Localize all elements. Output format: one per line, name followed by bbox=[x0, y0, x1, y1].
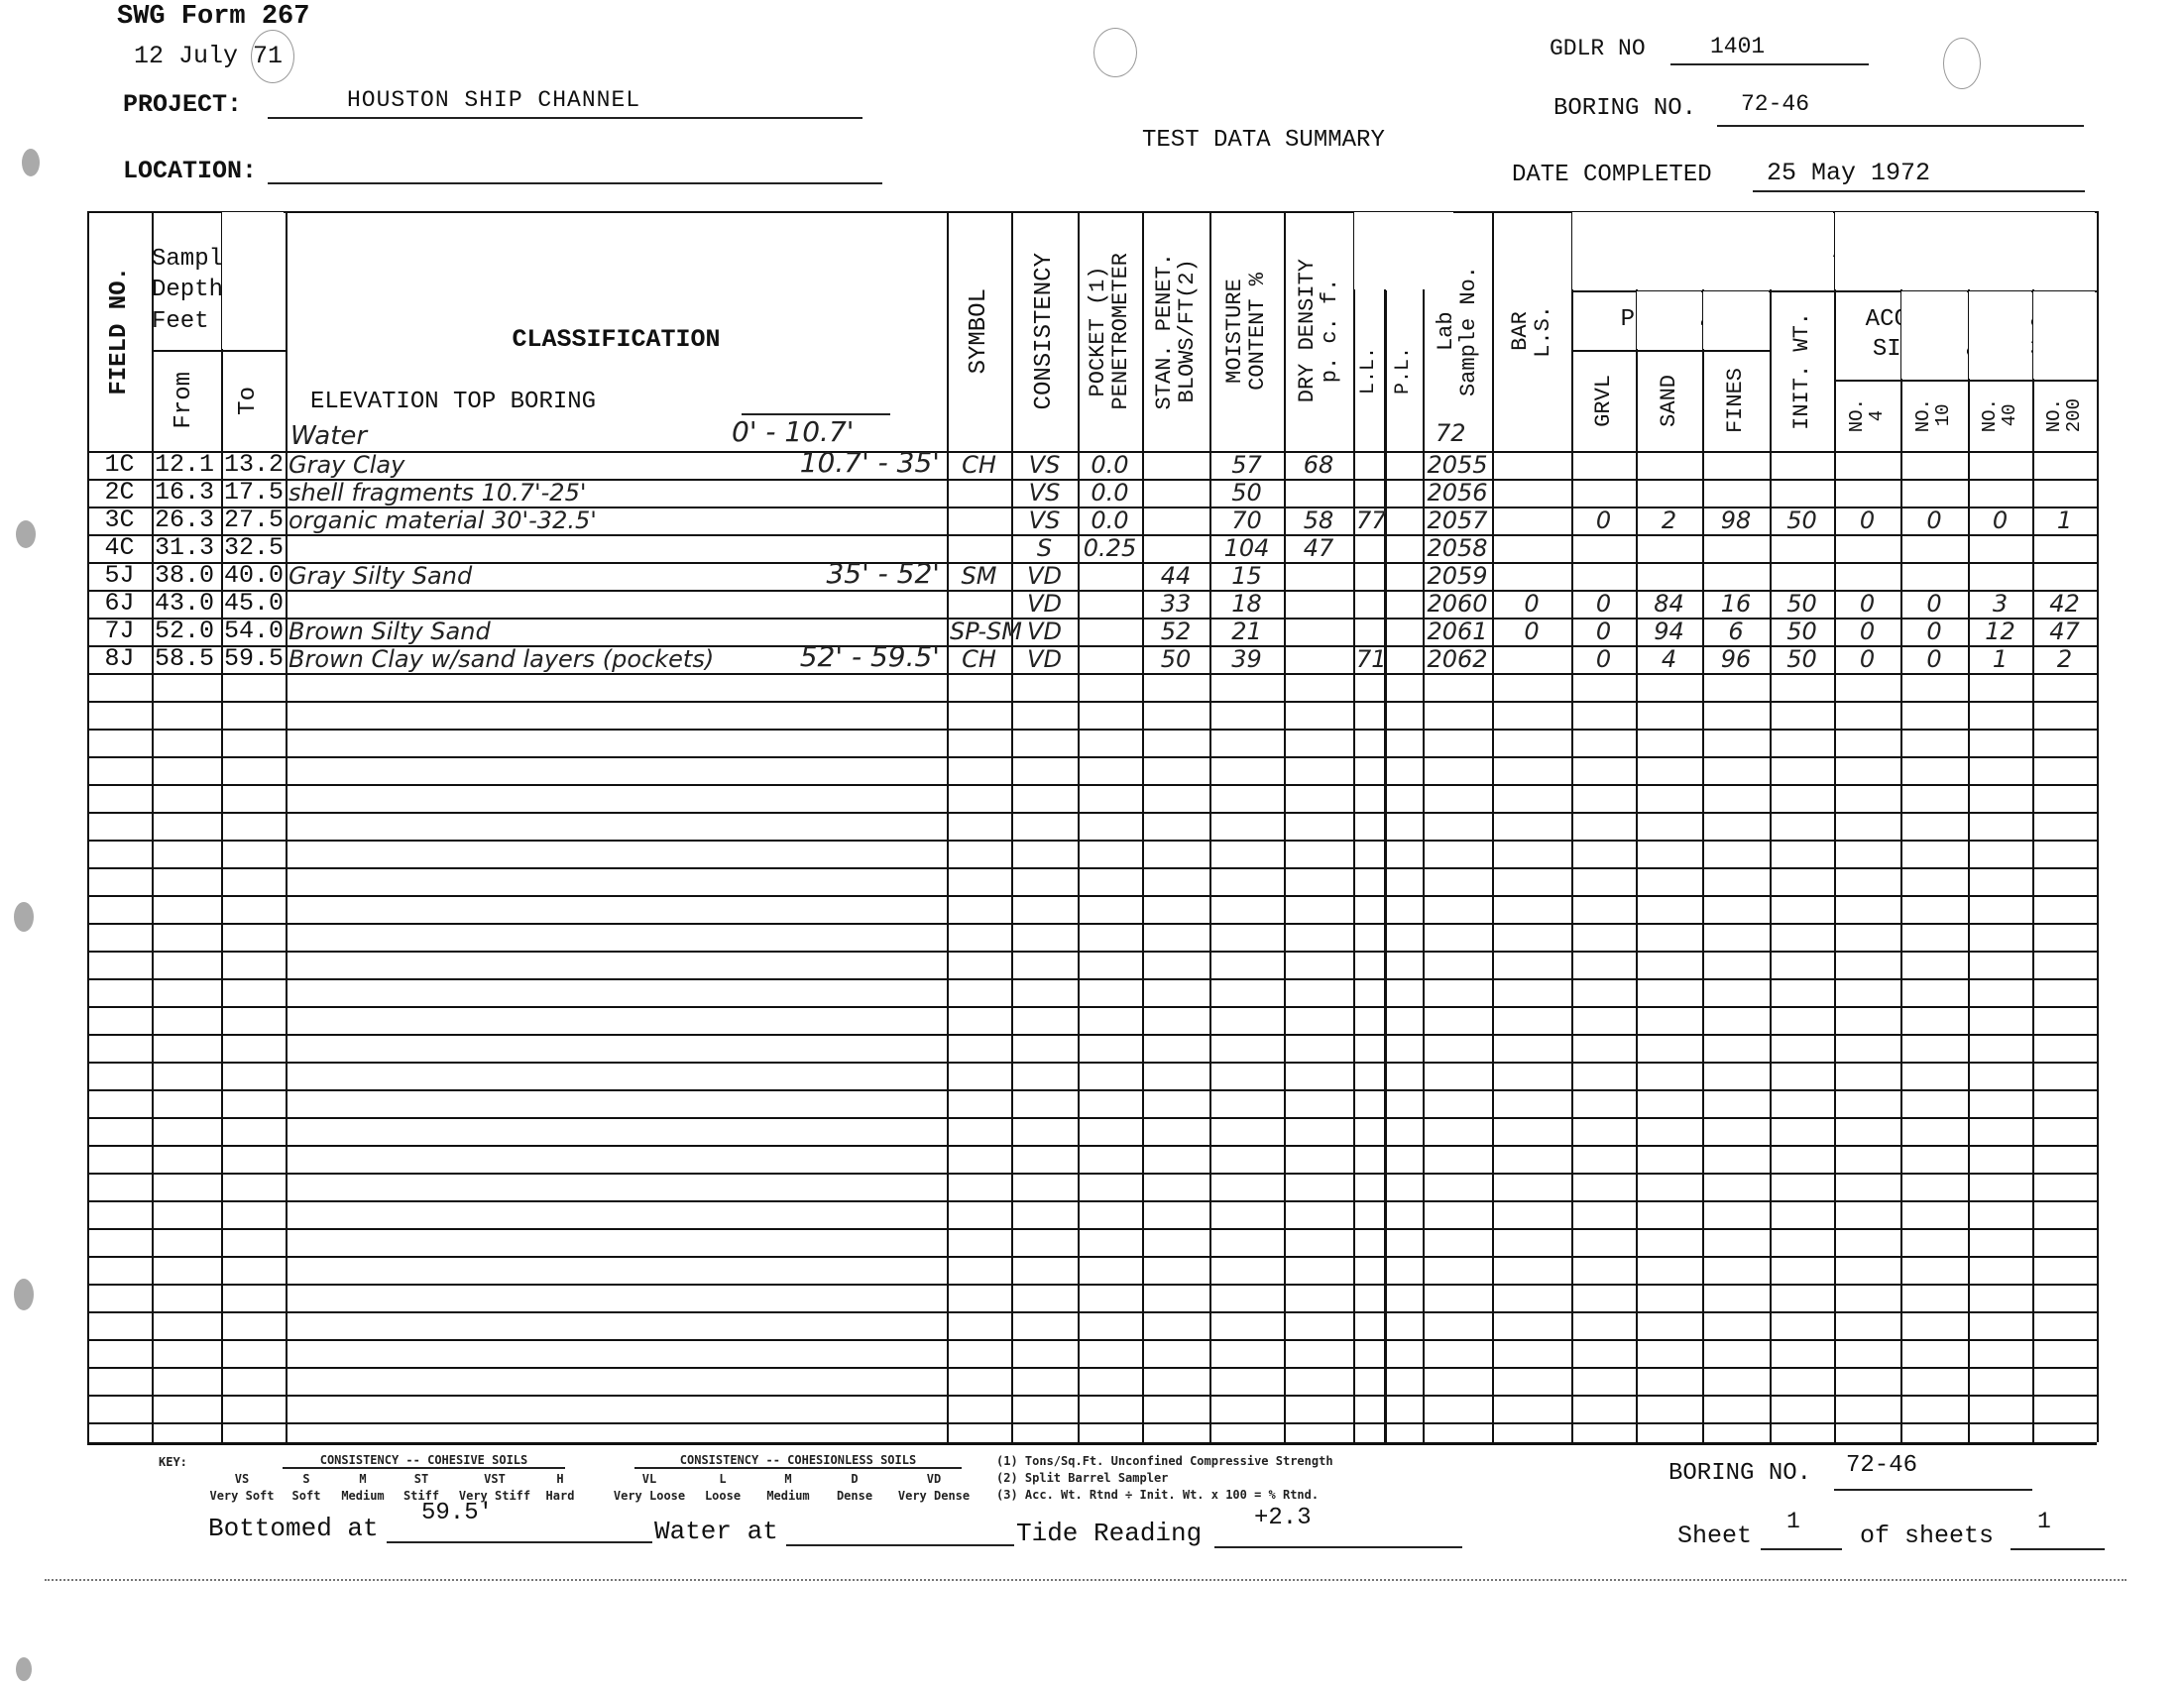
cell-classification[interactable]: organic material 30'-32.5' bbox=[288, 507, 944, 534]
cell-fines[interactable]: 98 bbox=[1705, 507, 1767, 534]
cell-ll[interactable]: 77 bbox=[1356, 507, 1381, 534]
cell-field[interactable]: 5J bbox=[90, 562, 149, 590]
cell-symbol[interactable] bbox=[950, 479, 1008, 507]
cell-no200[interactable]: 42 bbox=[2035, 590, 2094, 618]
bottomed-at-label: Bottomed at bbox=[208, 1514, 379, 1543]
cell-from[interactable]: 58.5 bbox=[155, 645, 218, 673]
cell-dry-density[interactable] bbox=[1287, 618, 1350, 645]
grid-line bbox=[222, 212, 284, 349]
key-name: Medium bbox=[332, 1488, 394, 1505]
cell-pl[interactable] bbox=[1387, 507, 1420, 534]
grid-line bbox=[1637, 291, 1701, 349]
grid-line bbox=[1703, 291, 1769, 349]
cell-dry-density[interactable]: 47 bbox=[1287, 534, 1350, 562]
cell-lab[interactable]: 2057 bbox=[1426, 507, 1489, 534]
footer-boring-value[interactable]: 72-46 bbox=[1846, 1452, 1917, 1479]
cell-moisture[interactable]: 21 bbox=[1212, 618, 1281, 645]
water-range-note: 0' - 10.7' bbox=[732, 415, 854, 448]
cell-lab[interactable]: 2058 bbox=[1426, 534, 1489, 562]
cell-no40[interactable] bbox=[1971, 534, 2029, 562]
cell-symbol[interactable]: SM bbox=[950, 562, 1008, 590]
gdlr-underline bbox=[1670, 63, 1869, 65]
cell-to[interactable]: 17.5 bbox=[224, 479, 283, 507]
grid-line bbox=[87, 701, 2097, 703]
cell-to[interactable]: 40.0 bbox=[224, 562, 283, 590]
key-abbr: M bbox=[332, 1471, 394, 1488]
key-abbr: M bbox=[753, 1471, 823, 1488]
key-entry: DDense bbox=[823, 1471, 886, 1505]
project-label: PROJECT: bbox=[123, 90, 242, 119]
water-at-label: Water at bbox=[654, 1517, 778, 1546]
header-no4: NO. 4 bbox=[1834, 380, 1900, 451]
cell-symbol[interactable]: CH bbox=[950, 451, 1008, 479]
cell-sand[interactable]: 2 bbox=[1639, 507, 1699, 534]
cell-stan[interactable] bbox=[1145, 479, 1207, 507]
of-sheets-label: of sheets bbox=[1860, 1522, 1994, 1550]
cell-init-wt[interactable] bbox=[1773, 479, 1831, 507]
header-to: To bbox=[216, 350, 281, 451]
water-at-underline bbox=[786, 1544, 1014, 1546]
tide-reading-value[interactable]: +2.3 bbox=[1254, 1505, 1312, 1531]
cell-init-wt[interactable] bbox=[1773, 562, 1831, 590]
cell-symbol[interactable]: SP-SM bbox=[950, 618, 1008, 645]
key-cohesionless-list: VLVery LooseLLooseMMediumDDenseVDVery De… bbox=[607, 1471, 981, 1505]
cell-pocket[interactable] bbox=[1081, 645, 1139, 673]
cell-sand[interactable]: 94 bbox=[1639, 618, 1699, 645]
cell-no200[interactable] bbox=[2035, 534, 2094, 562]
cell-sand[interactable] bbox=[1639, 534, 1699, 562]
footer-boring-underline bbox=[1834, 1489, 2032, 1491]
cell-ll[interactable] bbox=[1356, 451, 1381, 479]
cell-init-wt[interactable] bbox=[1773, 534, 1831, 562]
cell-stan[interactable]: 44 bbox=[1145, 562, 1207, 590]
key-abbr: VL bbox=[607, 1471, 692, 1488]
key-name: Very Loose bbox=[607, 1488, 692, 1505]
grid-line bbox=[87, 1062, 2097, 1064]
cell-sand[interactable]: 84 bbox=[1639, 590, 1699, 618]
cell-stan[interactable]: 50 bbox=[1145, 645, 1207, 673]
cell-pocket[interactable] bbox=[1081, 562, 1139, 590]
key-name: Hard bbox=[540, 1488, 580, 1505]
cell-fines[interactable]: 6 bbox=[1705, 618, 1767, 645]
location-label: LOCATION: bbox=[123, 157, 257, 185]
grid-line bbox=[1969, 291, 2031, 379]
key-name: Loose bbox=[692, 1488, 753, 1505]
cell-to[interactable]: 27.5 bbox=[224, 507, 283, 534]
footer-boring-label: BORING NO. bbox=[1668, 1460, 1811, 1487]
cell-stan[interactable] bbox=[1145, 451, 1207, 479]
cell-no4[interactable] bbox=[1837, 562, 1897, 590]
cell-fines[interactable]: 96 bbox=[1705, 645, 1767, 673]
header-no40: NO. 40 bbox=[1968, 380, 2032, 451]
key-name: Medium bbox=[753, 1488, 823, 1505]
grid-line bbox=[87, 978, 2097, 980]
grid-line bbox=[87, 1006, 2097, 1008]
boring-underline bbox=[1717, 125, 2084, 127]
cell-no200[interactable] bbox=[2035, 562, 2094, 590]
cell-no10[interactable] bbox=[1903, 451, 1965, 479]
cell-dry-density[interactable] bbox=[1287, 479, 1350, 507]
cell-symbol[interactable]: CH bbox=[950, 645, 1008, 673]
cell-no200[interactable]: 2 bbox=[2035, 645, 2094, 673]
cell-no4[interactable]: 0 bbox=[1837, 645, 1897, 673]
grid-line bbox=[87, 1228, 2097, 1230]
cell-fines[interactable] bbox=[1705, 451, 1767, 479]
cell-grvl[interactable] bbox=[1574, 534, 1633, 562]
cell-moisture[interactable]: 104 bbox=[1212, 534, 1281, 562]
key-entry: LLoose bbox=[692, 1471, 753, 1505]
cell-moisture[interactable]: 18 bbox=[1212, 590, 1281, 618]
header-pl: P.L. bbox=[1384, 290, 1423, 451]
cell-consistency[interactable]: VD bbox=[1014, 590, 1075, 618]
cell-bar-ls[interactable] bbox=[1495, 451, 1568, 479]
cell-depth-range: 35' - 52' bbox=[642, 560, 940, 588]
cell-lab[interactable]: 2062 bbox=[1426, 645, 1489, 673]
sheet-underline bbox=[1761, 1548, 1842, 1550]
cell-grvl[interactable] bbox=[1574, 479, 1633, 507]
cell-moisture[interactable]: 57 bbox=[1212, 451, 1281, 479]
cell-no10[interactable]: 0 bbox=[1903, 507, 1965, 534]
cell-symbol[interactable] bbox=[950, 534, 1008, 562]
cell-sand[interactable]: 4 bbox=[1639, 645, 1699, 673]
cell-no200[interactable]: 47 bbox=[2035, 618, 2094, 645]
cell-pl[interactable] bbox=[1387, 645, 1420, 673]
boring-value[interactable]: 72-46 bbox=[1741, 91, 1809, 117]
cell-bar-ls[interactable] bbox=[1495, 479, 1568, 507]
cell-lab[interactable]: 2061 bbox=[1426, 618, 1489, 645]
key-entry: VDVery Dense bbox=[886, 1471, 981, 1505]
cell-no40[interactable] bbox=[1971, 479, 2029, 507]
form-id: SWG Form 267 bbox=[117, 2, 309, 32]
grid-line bbox=[87, 867, 2097, 869]
cell-fines[interactable] bbox=[1705, 479, 1767, 507]
grid-line bbox=[87, 812, 2097, 814]
cell-field[interactable]: 3C bbox=[90, 507, 149, 534]
key-label: KEY: bbox=[159, 1455, 187, 1469]
scan-mark bbox=[22, 149, 40, 176]
scan-mark bbox=[14, 1279, 34, 1310]
cell-moisture[interactable]: 50 bbox=[1212, 479, 1281, 507]
cell-no200[interactable]: 1 bbox=[2035, 507, 2094, 534]
key-name: Very Soft bbox=[203, 1488, 281, 1505]
cell-no40[interactable]: 3 bbox=[1971, 590, 2029, 618]
cell-from[interactable]: 52.0 bbox=[155, 618, 218, 645]
key-cohesionless-title: CONSISTENCY -- COHESIONLESS SOILS bbox=[634, 1453, 962, 1469]
grid-line bbox=[87, 1442, 2097, 1445]
punch-hole-mark bbox=[1093, 28, 1137, 77]
cell-depth-range: 52' - 59.5' bbox=[642, 643, 940, 671]
cell-grvl[interactable]: 0 bbox=[1574, 618, 1633, 645]
cell-init-wt[interactable]: 50 bbox=[1773, 645, 1831, 673]
cell-pl[interactable] bbox=[1387, 562, 1420, 590]
cell-dry-density[interactable] bbox=[1287, 590, 1350, 618]
key-note-3: (3) Acc. Wt. Rtnd ÷ Init. Wt. x 100 = % … bbox=[996, 1487, 1333, 1504]
header-from: From bbox=[152, 350, 216, 451]
header-field-no: FIELD NO. bbox=[87, 211, 152, 451]
cell-fines[interactable] bbox=[1705, 562, 1767, 590]
cell-no10[interactable]: 0 bbox=[1903, 645, 1965, 673]
cell-ll[interactable]: 71 bbox=[1356, 645, 1381, 673]
header-sand: SAND bbox=[1636, 350, 1702, 451]
grid-line bbox=[2033, 291, 2095, 379]
grid-line bbox=[87, 1173, 2097, 1175]
cell-consistency[interactable]: VD bbox=[1014, 562, 1075, 590]
sheet-label: Sheet bbox=[1677, 1522, 1752, 1550]
grid-line bbox=[87, 1284, 2097, 1286]
grid-line bbox=[87, 1089, 2097, 1091]
tide-reading-underline bbox=[1214, 1546, 1462, 1548]
cell-pocket[interactable]: 0.0 bbox=[1081, 507, 1139, 534]
cell-no40[interactable]: 1 bbox=[1971, 645, 2029, 673]
cell-to[interactable]: 45.0 bbox=[224, 590, 283, 618]
cell-classification[interactable] bbox=[288, 590, 944, 618]
cell-grvl[interactable] bbox=[1574, 562, 1633, 590]
key-cohesive-list: VSVery SoftSSoftMMediumSTStiffVSTVery St… bbox=[203, 1471, 580, 1505]
cell-stan[interactable] bbox=[1145, 534, 1207, 562]
grid-line bbox=[1835, 212, 2095, 289]
header-ll: L.L. bbox=[1353, 290, 1384, 451]
header-moisture-content: MOISTURE CONTENT % bbox=[1209, 211, 1284, 451]
header-stan-penet: STAN. PENET. BLOWS/FT(2) bbox=[1142, 211, 1209, 451]
cell-init-wt[interactable]: 50 bbox=[1773, 507, 1831, 534]
grid-line bbox=[2097, 211, 2099, 1442]
grid-line bbox=[87, 1200, 2097, 1202]
cell-field[interactable]: 1C bbox=[90, 451, 149, 479]
grid-line bbox=[87, 923, 2097, 925]
cell-ll[interactable] bbox=[1356, 590, 1381, 618]
cell-no40[interactable] bbox=[1971, 451, 2029, 479]
header-elevation-top-boring: ELEVATION TOP BORING bbox=[310, 388, 687, 417]
cell-pl[interactable] bbox=[1387, 590, 1420, 618]
cell-pocket[interactable]: 0.0 bbox=[1081, 451, 1139, 479]
cell-no10[interactable]: 0 bbox=[1903, 618, 1965, 645]
cell-fines[interactable]: 16 bbox=[1705, 590, 1767, 618]
cell-no10[interactable] bbox=[1903, 534, 1965, 562]
cell-grvl[interactable] bbox=[1574, 451, 1633, 479]
key-abbr: S bbox=[281, 1471, 332, 1488]
test-data-table: FIELD NO. Sample Depth, Feet From To CLA… bbox=[87, 211, 2097, 1442]
key-abbr: H bbox=[540, 1471, 580, 1488]
cell-grvl[interactable]: 0 bbox=[1574, 507, 1633, 534]
cell-no40[interactable] bbox=[1971, 562, 2029, 590]
grid-line bbox=[1354, 212, 1453, 289]
cell-sand[interactable] bbox=[1639, 479, 1699, 507]
cell-from[interactable]: 43.0 bbox=[155, 590, 218, 618]
cell-init-wt[interactable]: 50 bbox=[1773, 618, 1831, 645]
cell-ll[interactable] bbox=[1356, 479, 1381, 507]
header-no10: NO. 10 bbox=[1900, 380, 1968, 451]
grid-line bbox=[87, 1256, 2097, 1258]
cell-no4[interactable] bbox=[1837, 479, 1897, 507]
gdlr-value[interactable]: 1401 bbox=[1710, 34, 1765, 59]
header-init-wt: INIT. WT. bbox=[1770, 290, 1834, 451]
key-abbr: VS bbox=[203, 1471, 281, 1488]
cell-no4[interactable]: 0 bbox=[1837, 590, 1897, 618]
sheet-value[interactable]: 1 bbox=[1786, 1509, 1800, 1534]
scan-mark bbox=[16, 1657, 32, 1681]
header-fines: FINES bbox=[1702, 350, 1770, 451]
cell-init-wt[interactable]: 50 bbox=[1773, 590, 1831, 618]
cell-no200[interactable] bbox=[2035, 479, 2094, 507]
header-pocket-penetrometer: POCKET (1) PENETROMETER bbox=[1078, 211, 1142, 451]
location-underline bbox=[268, 182, 882, 184]
bottomed-at-value[interactable]: 59.5' bbox=[421, 1500, 493, 1526]
cell-sand[interactable] bbox=[1639, 562, 1699, 590]
cell-dry-density[interactable] bbox=[1287, 562, 1350, 590]
header-grvl: GRVL bbox=[1571, 350, 1636, 451]
cell-from[interactable]: 38.0 bbox=[155, 562, 218, 590]
cell-no10[interactable]: 0 bbox=[1903, 590, 1965, 618]
cell-sand[interactable] bbox=[1639, 451, 1699, 479]
cell-to[interactable]: 59.5 bbox=[224, 645, 283, 673]
cell-from[interactable]: 26.3 bbox=[155, 507, 218, 534]
header-no200: NO. 200 bbox=[2032, 380, 2097, 451]
cell-grvl[interactable]: 0 bbox=[1574, 645, 1633, 673]
date-completed-label: DATE COMPLETED bbox=[1512, 162, 1712, 188]
tide-reading-label: Tide Reading bbox=[1016, 1519, 1202, 1548]
key-entry: MMedium bbox=[753, 1471, 823, 1505]
grid-line bbox=[152, 350, 286, 352]
grid-line bbox=[1571, 350, 1770, 352]
cell-bar-ls[interactable] bbox=[1495, 562, 1568, 590]
cell-stan[interactable]: 52 bbox=[1145, 618, 1207, 645]
grid-line bbox=[87, 951, 2097, 953]
cell-no10[interactable] bbox=[1903, 479, 1965, 507]
cell-pocket[interactable] bbox=[1081, 618, 1139, 645]
cell-consistency[interactable]: VD bbox=[1014, 618, 1075, 645]
cell-no4[interactable] bbox=[1837, 451, 1897, 479]
cell-no200[interactable] bbox=[2035, 451, 2094, 479]
cell-pocket[interactable] bbox=[1081, 590, 1139, 618]
cell-no4[interactable]: 0 bbox=[1837, 618, 1897, 645]
cell-no40[interactable]: 12 bbox=[1971, 618, 2029, 645]
cell-stan[interactable]: 33 bbox=[1145, 590, 1207, 618]
cell-pl[interactable] bbox=[1387, 534, 1420, 562]
cell-consistency[interactable]: S bbox=[1014, 534, 1075, 562]
grid-line bbox=[1834, 380, 2097, 382]
cell-bar-ls[interactable]: 0 bbox=[1495, 618, 1568, 645]
cell-consistency[interactable]: VS bbox=[1014, 451, 1075, 479]
cell-moisture[interactable]: 15 bbox=[1212, 562, 1281, 590]
gdlr-label: GDLR NO bbox=[1550, 36, 1646, 61]
key-name: Very Dense bbox=[886, 1488, 981, 1505]
header-symbol: SYMBOL bbox=[947, 211, 1011, 451]
cell-bar-ls[interactable] bbox=[1495, 534, 1568, 562]
grid-line bbox=[87, 1034, 2097, 1036]
cell-consistency[interactable]: VD bbox=[1014, 645, 1075, 673]
cell-consistency[interactable]: VS bbox=[1014, 479, 1075, 507]
key-entry: VSVery Soft bbox=[203, 1471, 281, 1505]
cell-symbol[interactable] bbox=[950, 507, 1008, 534]
cell-no40[interactable]: 0 bbox=[1971, 507, 2029, 534]
scan-mark bbox=[14, 902, 34, 932]
cell-stan[interactable] bbox=[1145, 507, 1207, 534]
cell-moisture[interactable]: 39 bbox=[1212, 645, 1281, 673]
cell-from[interactable]: 12.1 bbox=[155, 451, 218, 479]
punch-hole-mark bbox=[1943, 38, 1981, 89]
grid-line bbox=[87, 1367, 2097, 1369]
cell-grvl[interactable]: 0 bbox=[1574, 590, 1633, 618]
cell-moisture[interactable]: 70 bbox=[1212, 507, 1281, 534]
cell-symbol[interactable] bbox=[950, 590, 1008, 618]
cell-from[interactable]: 16.3 bbox=[155, 479, 218, 507]
key-name: Soft bbox=[281, 1488, 332, 1505]
cell-dry-density[interactable] bbox=[1287, 645, 1350, 673]
cell-fines[interactable] bbox=[1705, 534, 1767, 562]
scan-mark bbox=[16, 520, 36, 548]
cell-field[interactable]: 2C bbox=[90, 479, 149, 507]
cell-init-wt[interactable] bbox=[1773, 451, 1831, 479]
grid-line bbox=[87, 784, 2097, 786]
cell-to[interactable]: 54.0 bbox=[224, 618, 283, 645]
cell-pl[interactable] bbox=[1387, 618, 1420, 645]
date-completed-underline bbox=[1753, 190, 2085, 192]
cell-field[interactable]: 8J bbox=[90, 645, 149, 673]
grid-line bbox=[87, 840, 2097, 842]
cell-pocket[interactable]: 0.25 bbox=[1081, 534, 1139, 562]
cell-pl[interactable] bbox=[1387, 479, 1420, 507]
grid-line bbox=[87, 673, 2097, 675]
cell-field[interactable]: 4C bbox=[90, 534, 149, 562]
cell-dry-density[interactable]: 58 bbox=[1287, 507, 1350, 534]
key-abbr: ST bbox=[394, 1471, 449, 1488]
key-abbr: VST bbox=[449, 1471, 540, 1488]
grid-line bbox=[87, 895, 2097, 897]
of-sheets-value[interactable]: 1 bbox=[2037, 1509, 2051, 1534]
cell-no4[interactable] bbox=[1837, 534, 1897, 562]
cell-ll[interactable] bbox=[1356, 618, 1381, 645]
cell-pl[interactable] bbox=[1387, 451, 1420, 479]
grid-line bbox=[87, 1145, 2097, 1147]
project-value[interactable]: HOUSTON SHIP CHANNEL bbox=[347, 87, 640, 113]
boring-label: BORING NO. bbox=[1553, 95, 1696, 122]
cell-ll[interactable] bbox=[1356, 562, 1381, 590]
header-bar-ls: BAR L.S. bbox=[1492, 211, 1571, 451]
date-completed-value[interactable]: 25 May 1972 bbox=[1767, 159, 1930, 187]
cell-bar-ls[interactable] bbox=[1495, 645, 1568, 673]
grid-line bbox=[87, 1422, 2097, 1424]
key-entry: HHard bbox=[540, 1471, 580, 1505]
water-note: Water bbox=[290, 421, 367, 451]
cell-ll[interactable] bbox=[1356, 534, 1381, 562]
cell-to[interactable]: 13.2 bbox=[224, 451, 283, 479]
cell-no10[interactable] bbox=[1903, 562, 1965, 590]
cell-field[interactable]: 6J bbox=[90, 590, 149, 618]
cell-bar-ls[interactable]: 0 bbox=[1495, 590, 1568, 618]
key-note-2: (2) Split Barrel Sampler bbox=[996, 1470, 1333, 1487]
cell-lab[interactable]: 2060 bbox=[1426, 590, 1489, 618]
cell-dry-density[interactable]: 68 bbox=[1287, 451, 1350, 479]
cell-to[interactable]: 32.5 bbox=[224, 534, 283, 562]
cell-lab[interactable]: 2056 bbox=[1426, 479, 1489, 507]
cell-classification[interactable]: shell fragments 10.7'-25' bbox=[288, 479, 944, 507]
key-entry: MMedium bbox=[332, 1471, 394, 1505]
cell-consistency[interactable]: VS bbox=[1014, 507, 1075, 534]
header-consistency: CONSISTENCY bbox=[1011, 211, 1078, 451]
cell-from[interactable]: 31.3 bbox=[155, 534, 218, 562]
cell-bar-ls[interactable] bbox=[1495, 507, 1568, 534]
cell-lab[interactable]: 2059 bbox=[1426, 562, 1489, 590]
cell-pocket[interactable]: 0.0 bbox=[1081, 479, 1139, 507]
grid-line bbox=[87, 1339, 2097, 1341]
grid-line bbox=[87, 1117, 2097, 1119]
header-classification: CLASSIFICATION bbox=[286, 320, 947, 360]
page-title: TEST DATA SUMMARY bbox=[1142, 127, 1385, 154]
cell-no4[interactable]: 0 bbox=[1837, 507, 1897, 534]
grid-line bbox=[87, 1395, 2097, 1397]
cell-field[interactable]: 7J bbox=[90, 618, 149, 645]
cell-lab[interactable]: 2055 bbox=[1426, 451, 1489, 479]
